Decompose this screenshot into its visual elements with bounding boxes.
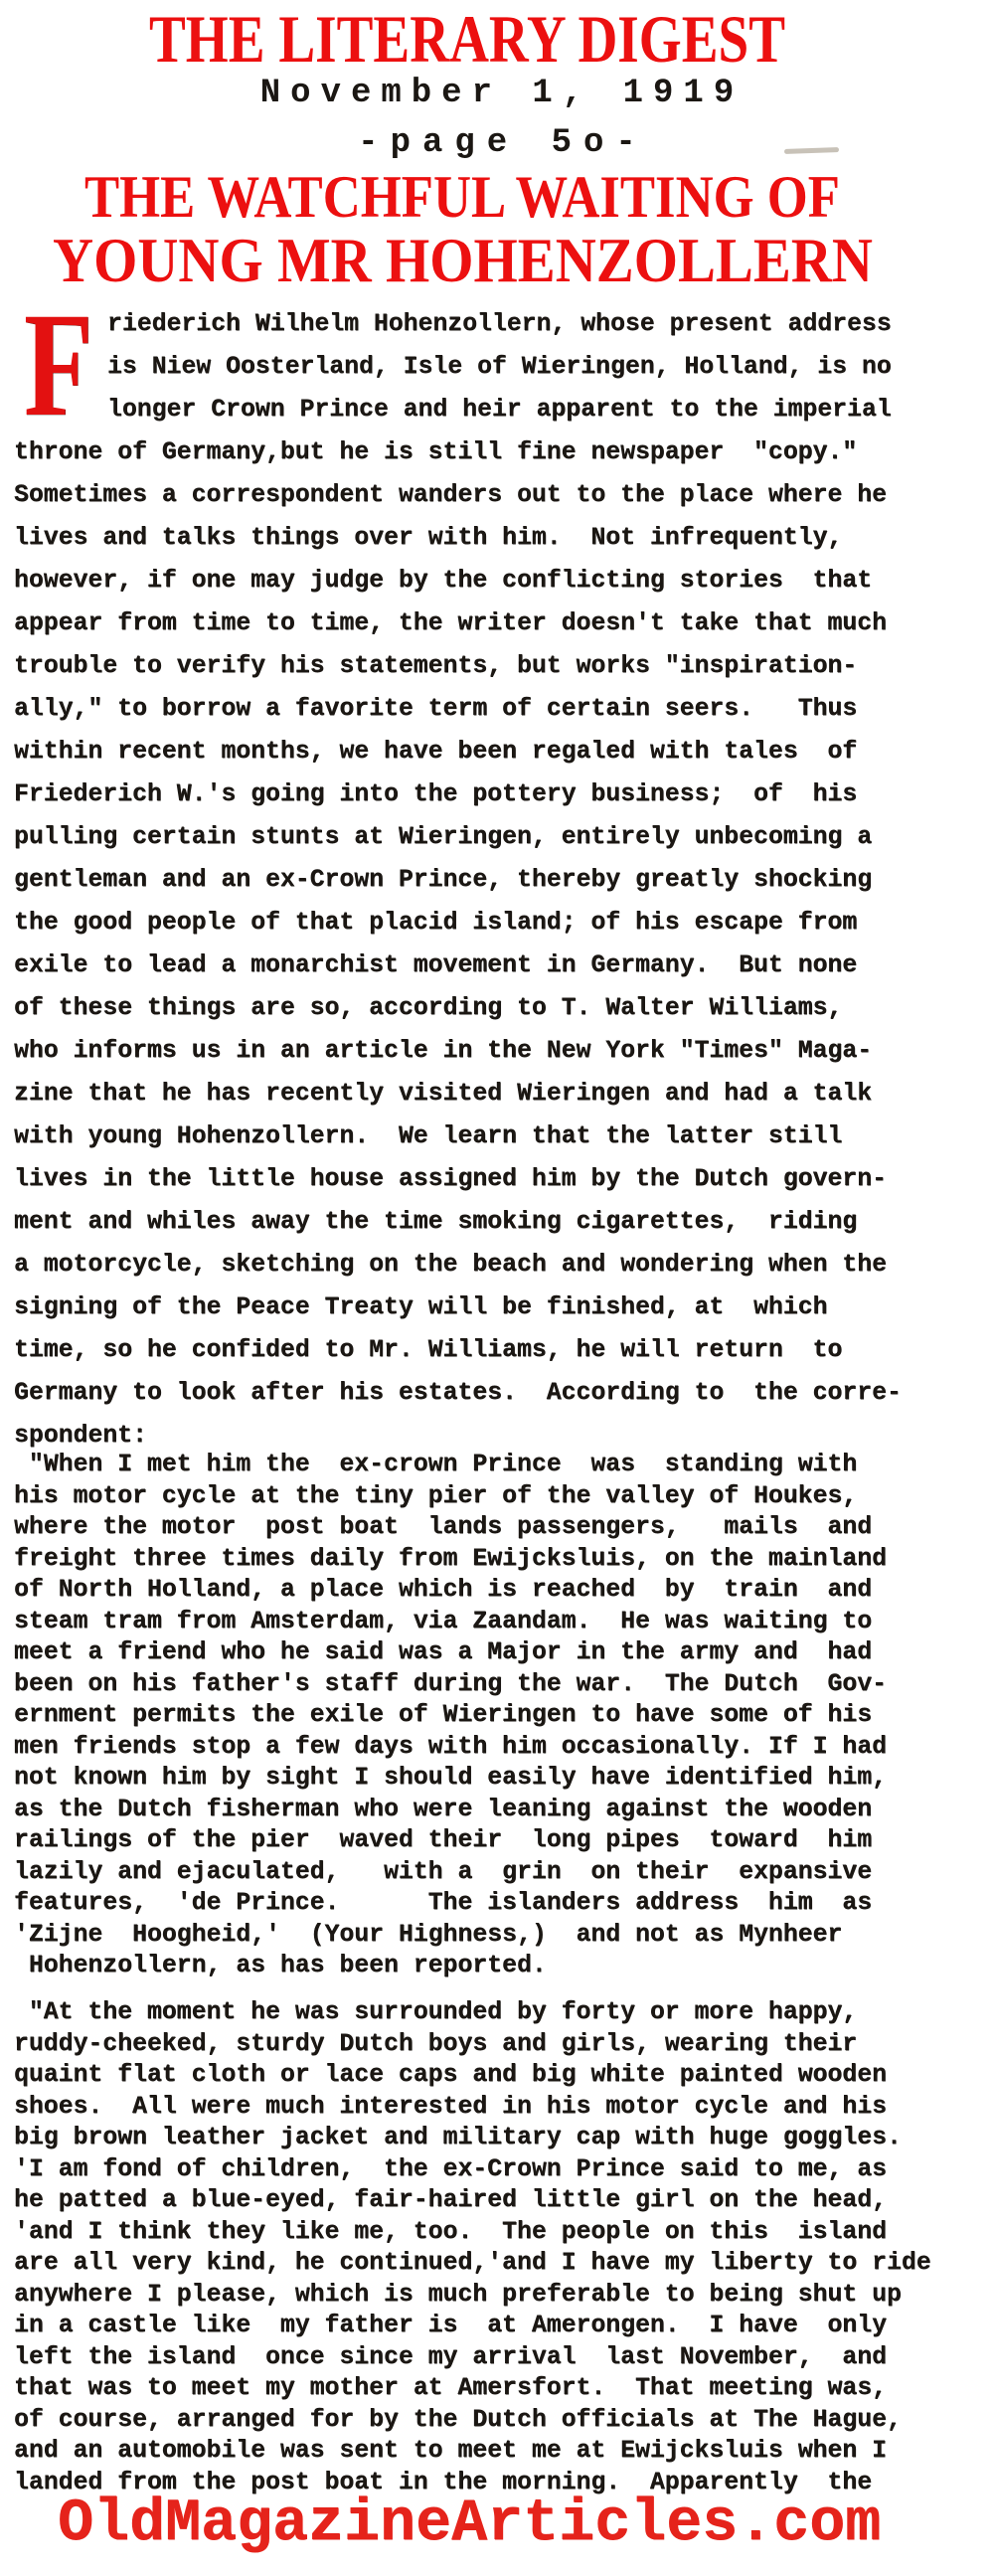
masthead: THE LITERARY DIGEST [0,0,994,80]
paragraph-1-text: riederich Wilhelm Hohenzollern, whose pr… [14,303,968,1458]
article-paragraph-1: F riederich Wilhelm Hohenzollern, whose … [14,303,968,1458]
headline-line-1: THE WATCHFUL WAITING OF [84,164,840,230]
paragraph-2-text: "When I met him the ex-crown Prince was … [14,1450,968,1982]
page-number: -page 5o- [0,123,994,163]
headline-line-2: YOUNG MR HOHENZOLLERN [53,226,873,295]
article-paragraph-3: "At the moment he was surrounded by fort… [14,1997,968,2498]
magazine-page-scan: THE LITERARY DIGEST November 1, 1919 -pa… [0,0,994,2576]
article-paragraph-2: "When I met him the ex-crown Prince was … [14,1450,968,1982]
article-headline: THE WATCHFUL WAITING OF YOUNG MR HOHENZO… [0,171,994,295]
issue-date: November 1, 1919 [0,74,994,113]
drop-cap-art: F [14,303,107,423]
paragraph-3-text: "At the moment he was surrounded by fort… [14,1997,968,2498]
drop-cap-container: F [14,303,107,423]
masthead-title: THE LITERARY DIGEST [149,1,785,77]
site-footer: OldMagazineArticles.com [58,2491,881,2557]
drop-cap-letter: F [24,282,93,447]
